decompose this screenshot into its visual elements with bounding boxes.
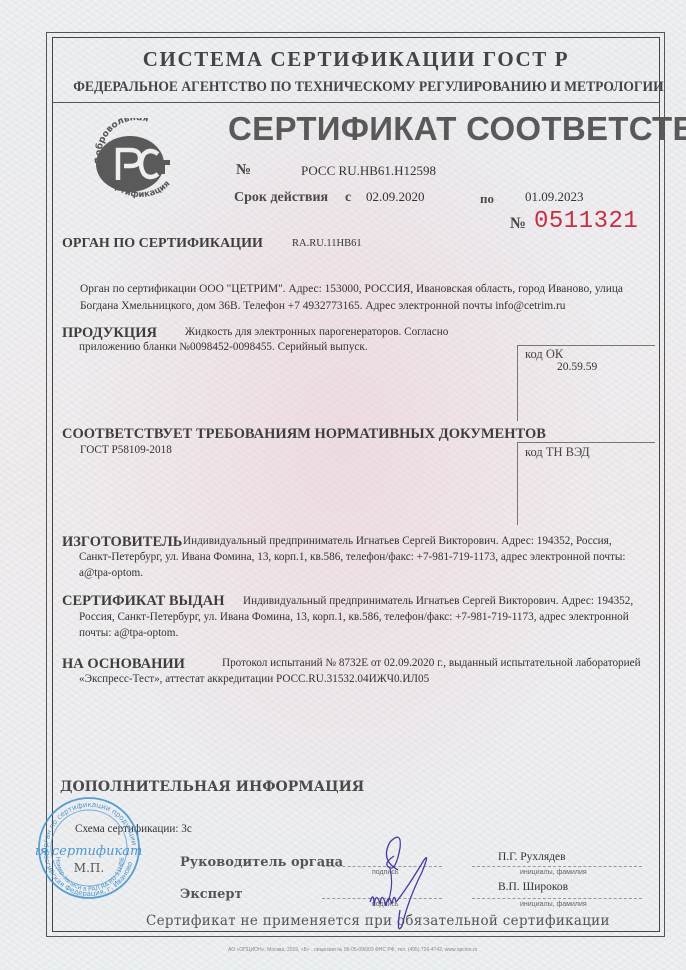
tn-ved-label: код ТН ВЭД — [525, 445, 590, 460]
signature-scribble-icon — [360, 830, 440, 940]
validity-label: Срок действия — [234, 190, 328, 206]
certification-body-description: Орган по сертификации ООО "ЦЕТРИМ". Адре… — [80, 281, 636, 315]
agency-title: ФЕДЕРАЛЬНОЕ АГЕНТСТВО ПО ТЕХНИЧЕСКОМУ РЕ… — [73, 79, 638, 96]
product-line-2: приложению бланки №0098452-0098455. Сери… — [79, 341, 368, 353]
manufacturer-label: ИЗГОТОВИТЕЛЬ — [62, 534, 182, 551]
manufacturer-line-1: Индивидуальный предприниматель Игнатьев … — [183, 535, 612, 547]
expert-name: В.П. Широков — [498, 881, 568, 893]
print-info: АО «ОПЦИОН», Москва, 2019, «Б» . лицензи… — [228, 947, 477, 953]
blank-number-label: № — [510, 215, 526, 233]
head-name: П.Г. Рухлядев — [498, 851, 566, 863]
basis-line-1: Протокол испытаний № 8732Е от 02.09.2020… — [222, 657, 641, 669]
expert-name-caption: инициалы, фамилия — [520, 901, 587, 908]
expert-name-line — [472, 898, 642, 899]
valid-to-date: 01.09.2023 — [525, 189, 584, 205]
compliance-label: СООТВЕТСТВУЕТ ТРЕБОВАНИЯМ НОРМАТИВНЫХ ДО… — [62, 426, 546, 443]
head-of-body-label: Руководитель органа — [180, 855, 343, 870]
basis-line-2: «Экспресс-Тест», аттестат аккредитации Р… — [79, 673, 429, 685]
issued-to-label: СЕРТИФИКАТ ВЫДАН — [62, 593, 225, 610]
validity-to-label: по — [480, 191, 494, 207]
valid-from-date: 02.09.2020 — [366, 189, 425, 205]
issued-to-line-1: Индивидуальный предприниматель Игнатьев … — [243, 595, 633, 607]
system-title: СИСТЕМА СЕРТИФИКАЦИИ ГОСТ Р — [52, 47, 660, 72]
additional-info-label: ДОПОЛНИТЕЛЬНАЯ ИНФОРМАЦИЯ — [60, 779, 364, 795]
head-name-line — [472, 866, 642, 867]
certificate-number: РОСС RU.НВ61.Н12598 — [301, 163, 436, 179]
blank-serial-number: 0511321 — [534, 208, 638, 235]
manufacturer-line-3: a@tpa-optom. — [79, 567, 143, 579]
basis-label: НА ОСНОВАНИИ — [62, 656, 185, 673]
ok-code-value: 20.59.59 — [557, 361, 597, 373]
seal-stamp-icon: Орган по сертификации продукции ООО «ЦЕТ… — [36, 795, 142, 901]
compliance-standard: ГОСТ Р58109-2018 — [80, 444, 172, 456]
expert-label: Эксперт — [180, 887, 243, 902]
header-divider — [52, 102, 660, 103]
product-label: ПРОДУКЦИЯ — [62, 325, 157, 342]
product-line-1: Жидкость для электронных парогенераторов… — [185, 326, 448, 338]
svg-text:Для сертификатов: Для сертификатов — [36, 844, 142, 859]
certification-body-label: ОРГАН ПО СЕРТИФИКАЦИИ — [62, 236, 263, 252]
svg-text:М.П.: М.П. — [74, 861, 104, 875]
certification-body-code: RA.RU.11НВ61 — [292, 238, 362, 249]
head-name-caption: инициалы, фамилия — [520, 869, 587, 876]
number-label: № — [236, 162, 251, 179]
ok-code-label: код ОК — [525, 347, 563, 362]
rst-logo-icon: Добровольная сертификация — [88, 118, 184, 206]
validity-from-label: с — [345, 190, 351, 206]
manufacturer-line-2: Санкт-Петербург, ул. Ивана Фомина, 13, к… — [79, 551, 626, 563]
certificate-title: СЕРТИФИКАТ СООТВЕТСТВИЯ — [228, 110, 686, 148]
issued-to-line-3: почты: a@tpa-optom. — [79, 627, 178, 639]
issued-to-line-2: Россия, Санкт-Петербург, ул. Ивана Фомин… — [79, 611, 629, 623]
